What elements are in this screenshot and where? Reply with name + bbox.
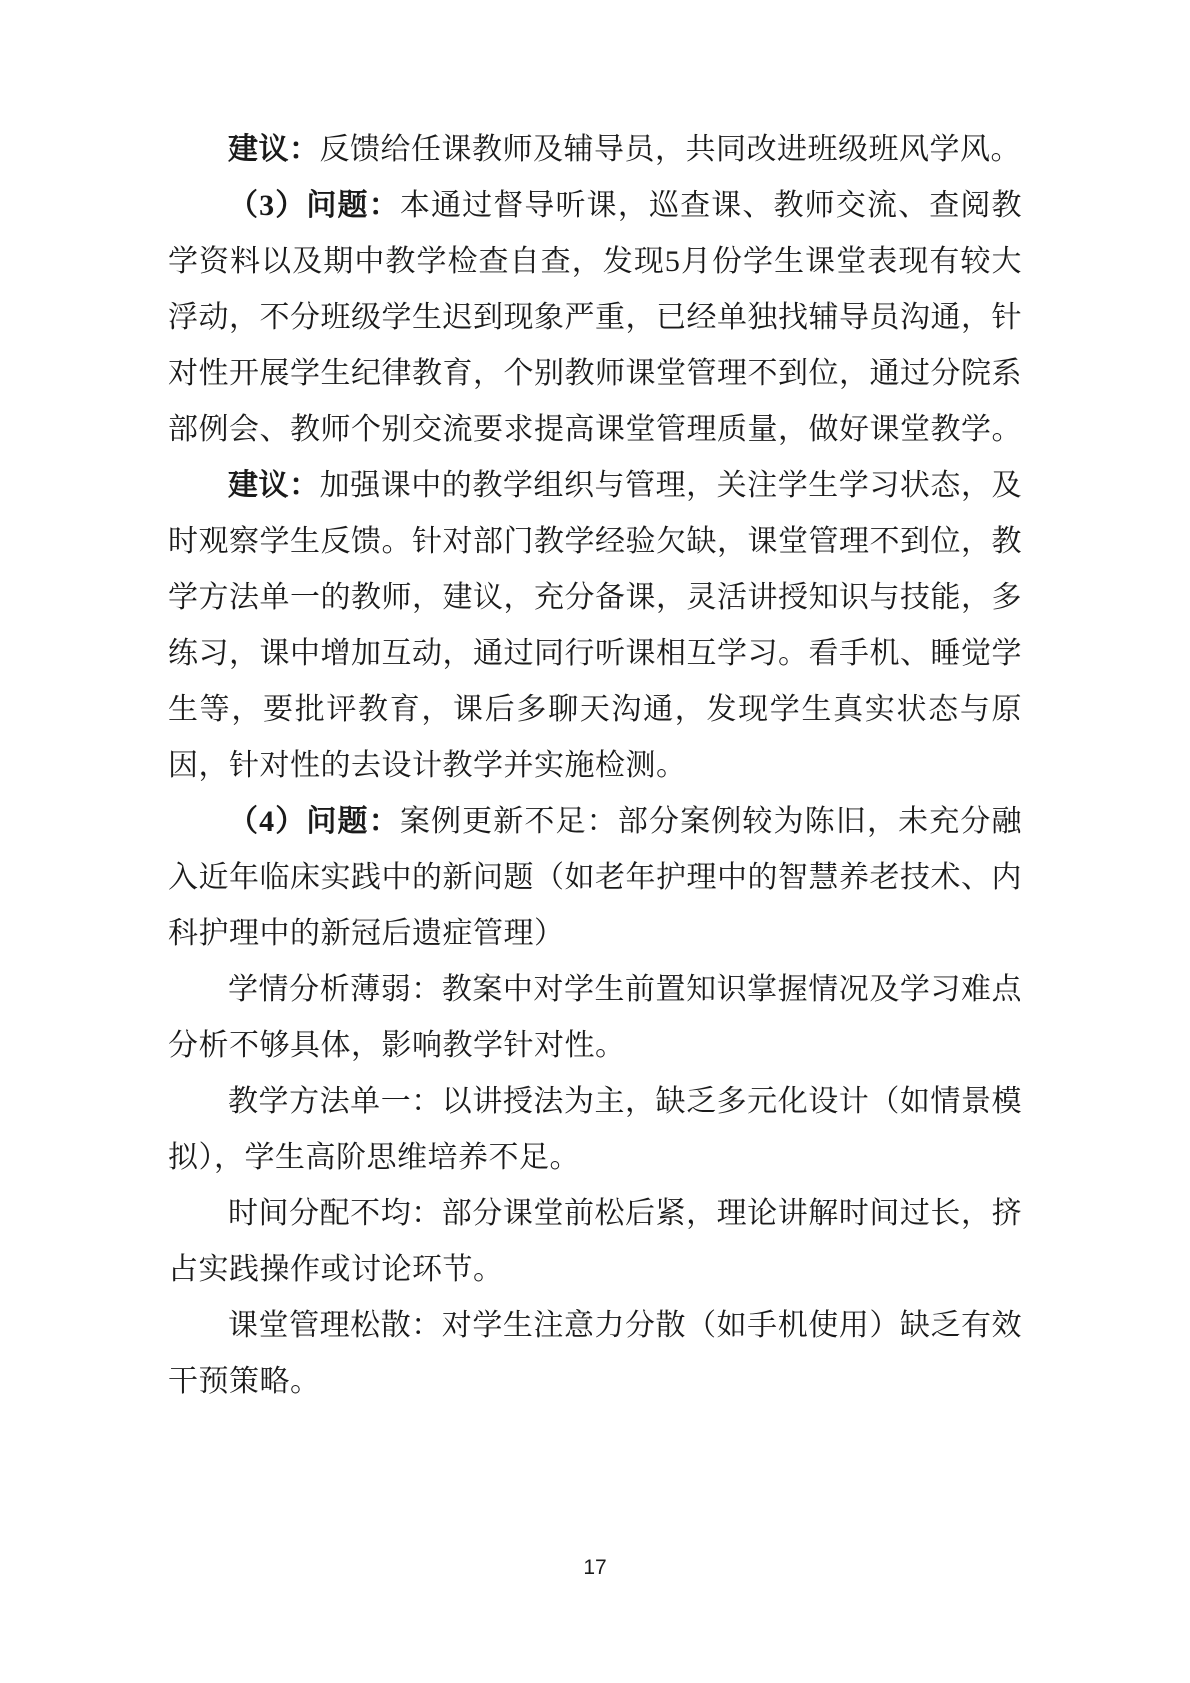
paragraph: 课堂管理松散：对学生注意力分散（如手机使用）缺乏有效干预策略。 <box>168 1298 1022 1410</box>
document-page: 建议：反馈给任课教师及辅导员，共同改进班级班风学风。 （3）问题：本通过督导听课… <box>0 0 1190 1683</box>
paragraph-text: 教学方法单一：以讲授法为主，缺乏多元化设计（如情景模拟），学生高阶思维培养不足。 <box>168 1085 1022 1174</box>
paragraph: 时间分配不均：部分课堂前松后紧，理论讲解时间过长，挤占实践操作或讨论环节。 <box>168 1186 1022 1298</box>
paragraph-text: 本通过督导听课，巡查课、教师交流、查阅教学资料以及期中教学检查自查，发现5月份学… <box>168 189 1022 446</box>
paragraph: （4）问题：案例更新不足：部分案例较为陈旧，未充分融入近年临床实践中的新问题（如… <box>168 794 1022 962</box>
paragraph: 建议：反馈给任课教师及辅导员，共同改进班级班风学风。 <box>168 122 1022 178</box>
paragraph-text: 学情分析薄弱：教案中对学生前置知识掌握情况及学习难点分析不够具体，影响教学针对性… <box>168 973 1022 1062</box>
paragraph-text: 加强课中的教学组织与管理，关注学生学习状态，及时观察学生反馈。针对部门教学经验欠… <box>168 469 1022 782</box>
paragraph: 学情分析薄弱：教案中对学生前置知识掌握情况及学习难点分析不够具体，影响教学针对性… <box>168 962 1022 1074</box>
paragraph: （3）问题：本通过督导听课，巡查课、教师交流、查阅教学资料以及期中教学检查自查，… <box>168 178 1022 458</box>
paragraph-lead: 建议： <box>228 133 320 166</box>
document-body: 建议：反馈给任课教师及辅导员，共同改进班级班风学风。 （3）问题：本通过督导听课… <box>168 122 1022 1410</box>
paragraph-text: 反馈给任课教师及辅导员，共同改进班级班风学风。 <box>320 133 1022 166</box>
page-number: 17 <box>0 1556 1190 1580</box>
paragraph-text: 时间分配不均：部分课堂前松后紧，理论讲解时间过长，挤占实践操作或讨论环节。 <box>168 1197 1022 1286</box>
paragraph-lead: （3）问题： <box>228 189 400 222</box>
paragraph-text: 课堂管理松散：对学生注意力分散（如手机使用）缺乏有效干预策略。 <box>168 1309 1022 1398</box>
paragraph-lead: 建议： <box>228 469 320 502</box>
paragraph-lead: （4）问题： <box>228 805 400 838</box>
paragraph: 教学方法单一：以讲授法为主，缺乏多元化设计（如情景模拟），学生高阶思维培养不足。 <box>168 1074 1022 1186</box>
paragraph: 建议：加强课中的教学组织与管理，关注学生学习状态，及时观察学生反馈。针对部门教学… <box>168 458 1022 794</box>
